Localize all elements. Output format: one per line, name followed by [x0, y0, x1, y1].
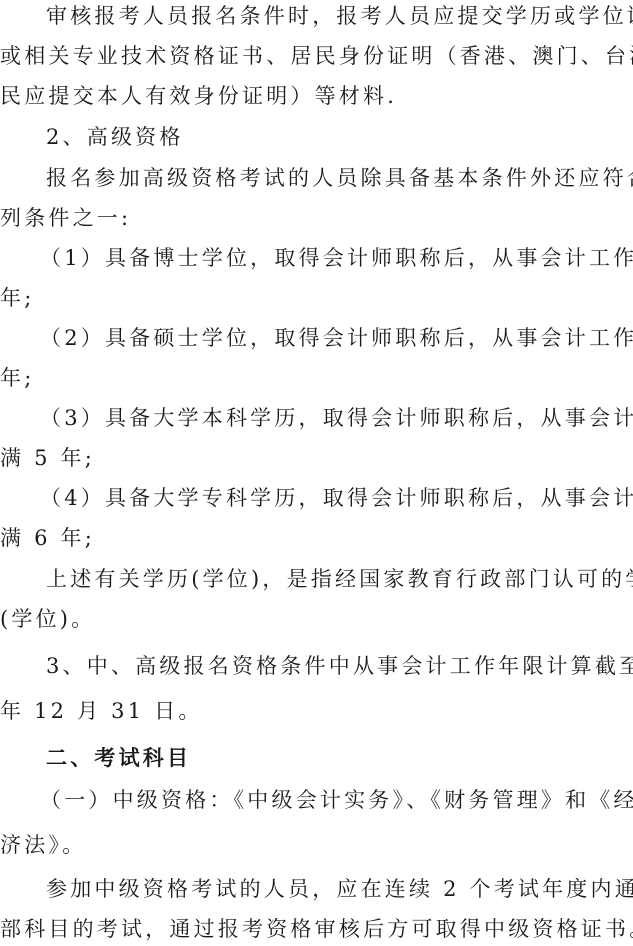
paragraph-line: 上述有关学历(学位)，是指经国家教育行政部门认可的学历 [0, 565, 633, 593]
paragraph-line: 报名参加高级资格考试的人员除具备基本条件外还应符合下 [0, 164, 633, 192]
list-item-line: 年; [0, 284, 633, 312]
paragraph-line: 或相关专业技术资格证书、居民身份证明（香港、澳门、台湾居 [0, 42, 633, 70]
paragraph-line: 民应提交本人有效身份证明）等材料. [0, 82, 633, 110]
section-subheading: 2、高级资格 [0, 123, 633, 151]
paragraph-line: 部科目的考试，通过报考资格审核后方可取得中级资格证书。 [0, 915, 633, 943]
paragraph-line: 3、中、高级报名资格条件中从事会计工作年限计算截至 2019 [0, 652, 633, 680]
list-item-line: 年; [0, 364, 633, 392]
list-item-line: 满 6 年; [0, 524, 633, 552]
paragraph-line: 济法》。 [0, 831, 633, 859]
document-page: 审核报考人员报名条件时，报考人员应提交学历或学位证书 或相关专业技术资格证书、居… [0, 0, 633, 946]
list-item-line: （2）具备硕士学位，取得会计师职称后，从事会计工作满 4 [0, 324, 633, 352]
list-item-line: 满 5 年; [0, 444, 633, 472]
paragraph-line: 参加中级资格考试的人员，应在连续 2 个考试年度内通过全 [0, 875, 633, 903]
list-item-line: （4）具备大学专科学历，取得会计师职称后，从事会计工作 [0, 484, 633, 512]
list-item-line: （3）具备大学本科学历，取得会计师职称后，从事会计工作 [0, 404, 633, 432]
paragraph-line: 审核报考人员报名条件时，报考人员应提交学历或学位证书 [0, 2, 633, 30]
section-heading: 二、考试科目 [0, 744, 633, 772]
list-item-line: （1）具备博士学位，取得会计师职称后，从事会计工作满 2 [0, 244, 633, 272]
paragraph-line: 列条件之一: [0, 204, 633, 232]
paragraph-line: 年 12 月 31 日。 [0, 697, 633, 725]
paragraph-line: (学位)。 [0, 605, 633, 633]
paragraph-line: （一）中级资格：《中级会计实务》、《财务管理》和《经 [0, 786, 633, 814]
